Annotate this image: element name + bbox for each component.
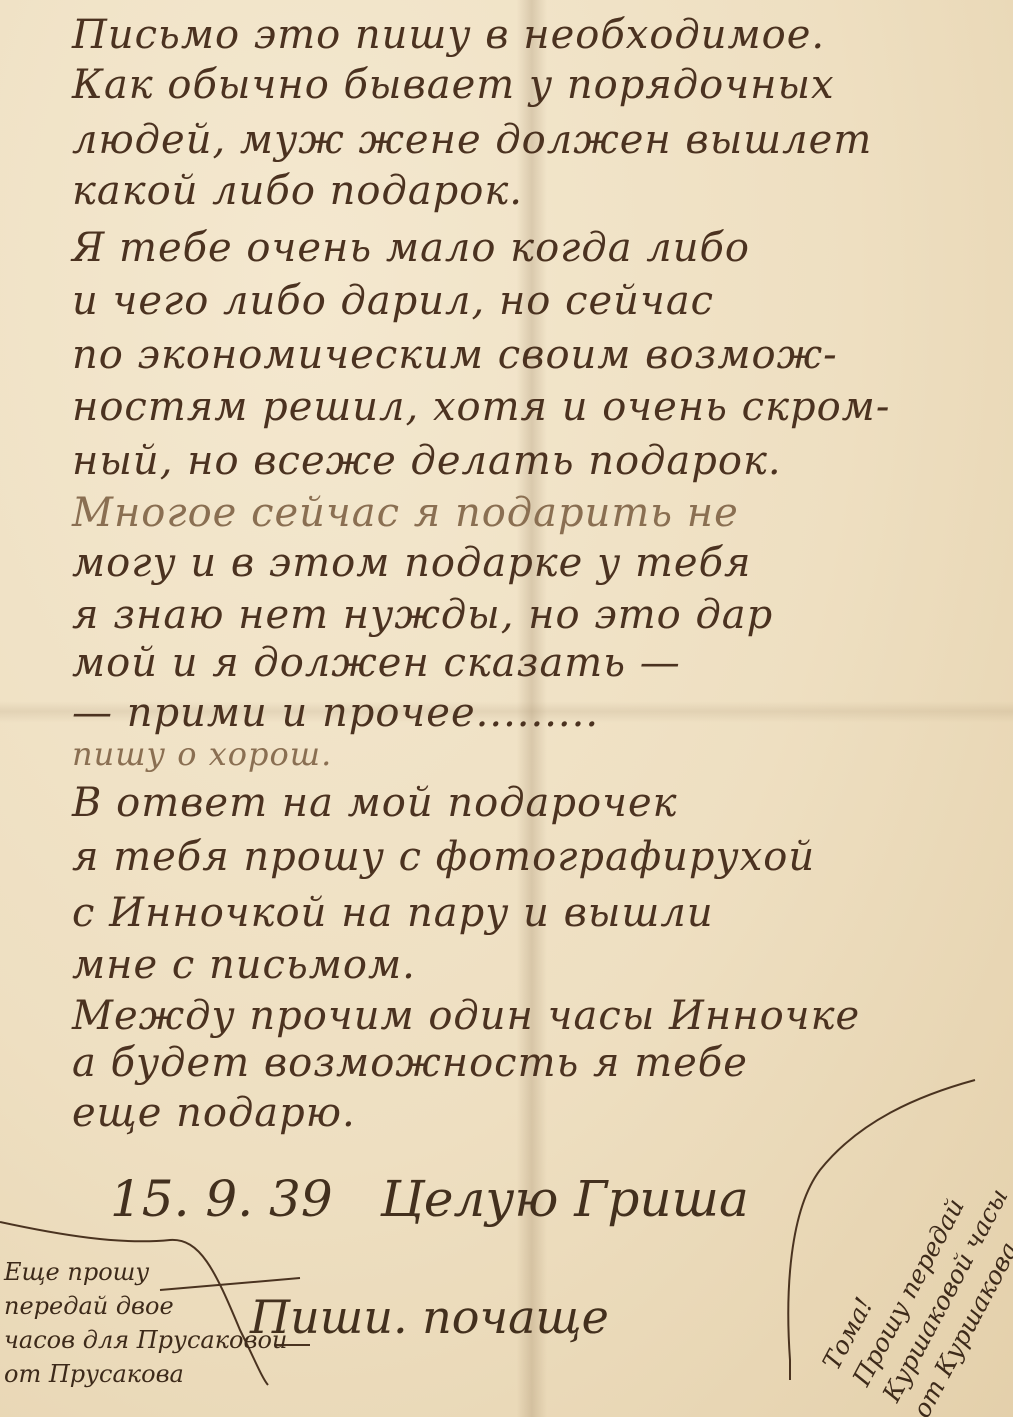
signature-block: 15. 9. 39 Целую Гриша bbox=[110, 1170, 749, 1228]
letter-line-21: а будет возможность я тебе bbox=[72, 1040, 748, 1086]
letter-page: Письмо это пишу в необходимое. Как обычн… bbox=[0, 0, 1013, 1417]
letter-line-1: Письмо это пишу в необходимое. bbox=[72, 12, 825, 58]
margin-note-left-line: часов для Прусаковой bbox=[4, 1323, 287, 1357]
letter-line-7: по экономическим своим возмож- bbox=[72, 332, 838, 378]
letter-date: 15. 9. 39 bbox=[110, 1170, 333, 1228]
letter-line-18: с Инночкой на пару и вышли bbox=[72, 890, 714, 936]
letter-line-4: какой либо подарок. bbox=[72, 168, 523, 214]
letter-line-12: я знаю нет нужды, но это дар bbox=[72, 592, 773, 638]
letter-line-9: ный, но всеже делать подарок. bbox=[72, 438, 782, 484]
letter-line-6: и чего либо дарил, но сейчас bbox=[72, 278, 714, 324]
letter-line-16: В ответ на мой подарочек bbox=[72, 780, 678, 826]
letter-line-3: людей, муж жене должен вышлет bbox=[72, 117, 872, 163]
letter-line-20: Между прочим один часы Инночке bbox=[72, 993, 860, 1039]
margin-note-left-line: от Прусакова bbox=[4, 1357, 287, 1391]
letter-line-15: пишу о хорош. bbox=[72, 735, 332, 773]
margin-note-left-line: Еще прошу bbox=[4, 1255, 287, 1289]
letter-line-17: я тебя прошу с фотографирухой bbox=[72, 834, 815, 880]
letter-line-10: Многое сейчас я подарить не bbox=[72, 490, 739, 536]
letter-line-19: мне с письмом. bbox=[72, 942, 416, 988]
letter-line-22: еще подарю. bbox=[72, 1090, 356, 1136]
margin-note-left: Еще прошу передай двое часов для Прусако… bbox=[4, 1255, 287, 1391]
letter-line-13: мой и я должен сказать — bbox=[72, 640, 681, 686]
margin-note-left-line: передай двое bbox=[4, 1289, 287, 1323]
signature-closing: Целую Гриша bbox=[380, 1170, 748, 1228]
letter-line-8: ностям решил, хотя и очень скром- bbox=[72, 384, 890, 430]
signature-postscript: Пиши. почаще bbox=[250, 1290, 609, 1344]
letter-line-11: могу и в этом подарке у тебя bbox=[72, 540, 751, 586]
letter-line-2: Как обычно бывает у порядочных bbox=[72, 62, 835, 108]
letter-line-14: — прими и прочее......... bbox=[72, 690, 599, 736]
letter-line-5: Я тебе очень мало когда либо bbox=[72, 225, 750, 271]
